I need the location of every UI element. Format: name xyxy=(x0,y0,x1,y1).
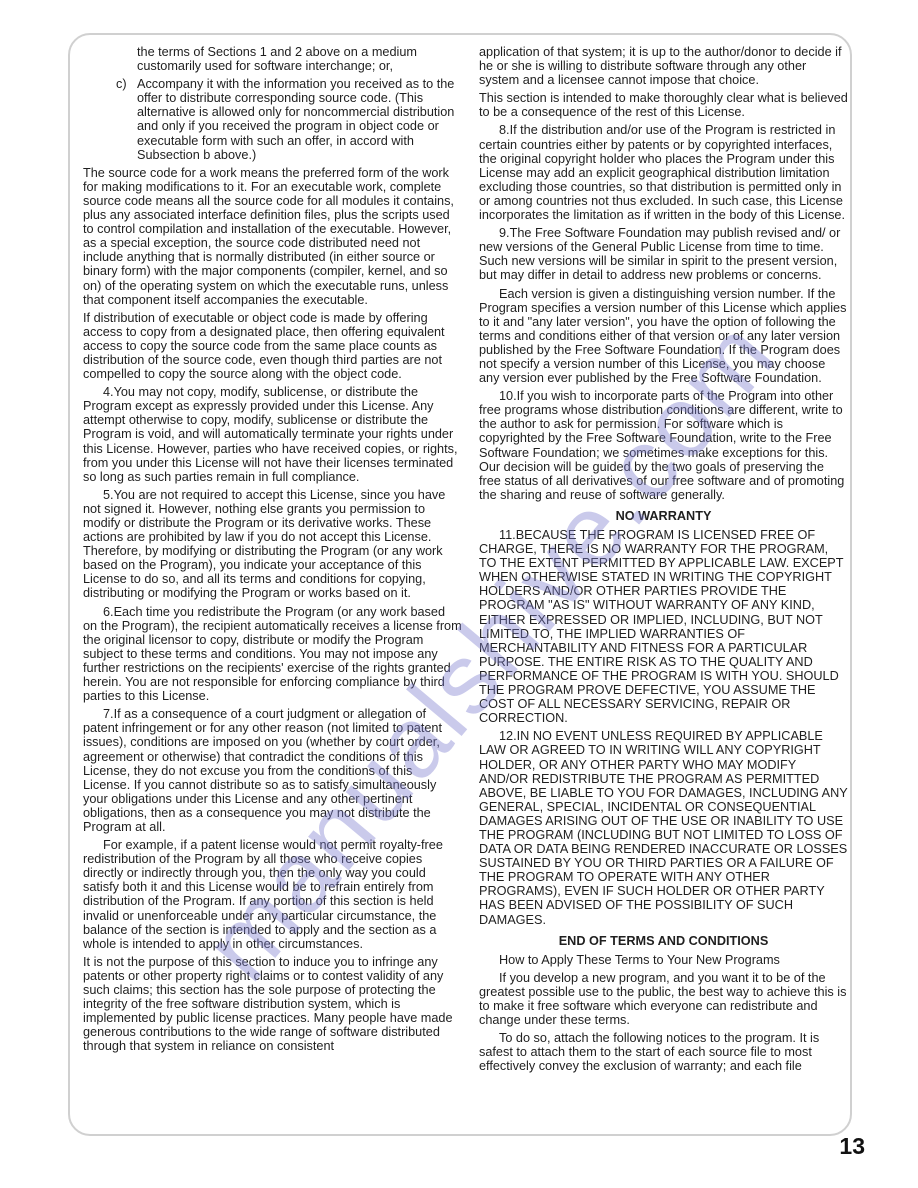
paragraph: 11.BECAUSE THE PROGRAM IS LICENSED FREE … xyxy=(479,528,848,725)
paragraph: This section is intended to make thoroug… xyxy=(479,91,848,119)
paragraph: The source code for a work means the pre… xyxy=(83,166,462,307)
paragraph: the terms of Sections 1 and 2 above on a… xyxy=(137,45,462,73)
left-column: the terms of Sections 1 and 2 above on a… xyxy=(83,45,462,1057)
paragraph: application of that system; it is up to … xyxy=(479,45,848,87)
list-item: c)Accompany it with the information you … xyxy=(83,77,462,162)
list-item-text: Accompany it with the information you re… xyxy=(137,77,454,161)
paragraph: To do so, attach the following notices t… xyxy=(479,1031,848,1073)
paragraph: 7.If as a consequence of a court judgmen… xyxy=(83,707,462,834)
page-border: the terms of Sections 1 and 2 above on a… xyxy=(68,33,852,1136)
paragraph: 5.You are not required to accept this Li… xyxy=(83,488,462,601)
paragraph: For example, if a patent license would n… xyxy=(83,838,462,951)
section-heading: NO WARRANTY xyxy=(479,509,848,523)
page-number: 13 xyxy=(839,1133,865,1160)
paragraph: 8.If the distribution and/or use of the … xyxy=(479,123,848,222)
paragraph: 9.The Free Software Foundation may publi… xyxy=(479,226,848,282)
paragraph: 4.You may not copy, modify, sublicense, … xyxy=(83,385,462,484)
paragraph: How to Apply These Terms to Your New Pro… xyxy=(479,953,848,967)
right-column: application of that system; it is up to … xyxy=(479,45,848,1077)
paragraph: It is not the purpose of this section to… xyxy=(83,955,462,1054)
paragraph: Each version is given a distinguishing v… xyxy=(479,287,848,386)
section-heading: END OF TERMS AND CONDITIONS xyxy=(479,934,848,948)
paragraph: 10.If you wish to incorporate parts of t… xyxy=(479,389,848,502)
list-marker: c) xyxy=(116,77,127,91)
paragraph: 6.Each time you redistribute the Program… xyxy=(83,605,462,704)
paragraph: If you develop a new program, and you wa… xyxy=(479,971,848,1027)
scanned-page: the terms of Sections 1 and 2 above on a… xyxy=(0,0,918,1188)
paragraph: 12.IN NO EVENT UNLESS REQUIRED BY APPLIC… xyxy=(479,729,848,926)
paragraph: If distribution of executable or object … xyxy=(83,311,462,381)
